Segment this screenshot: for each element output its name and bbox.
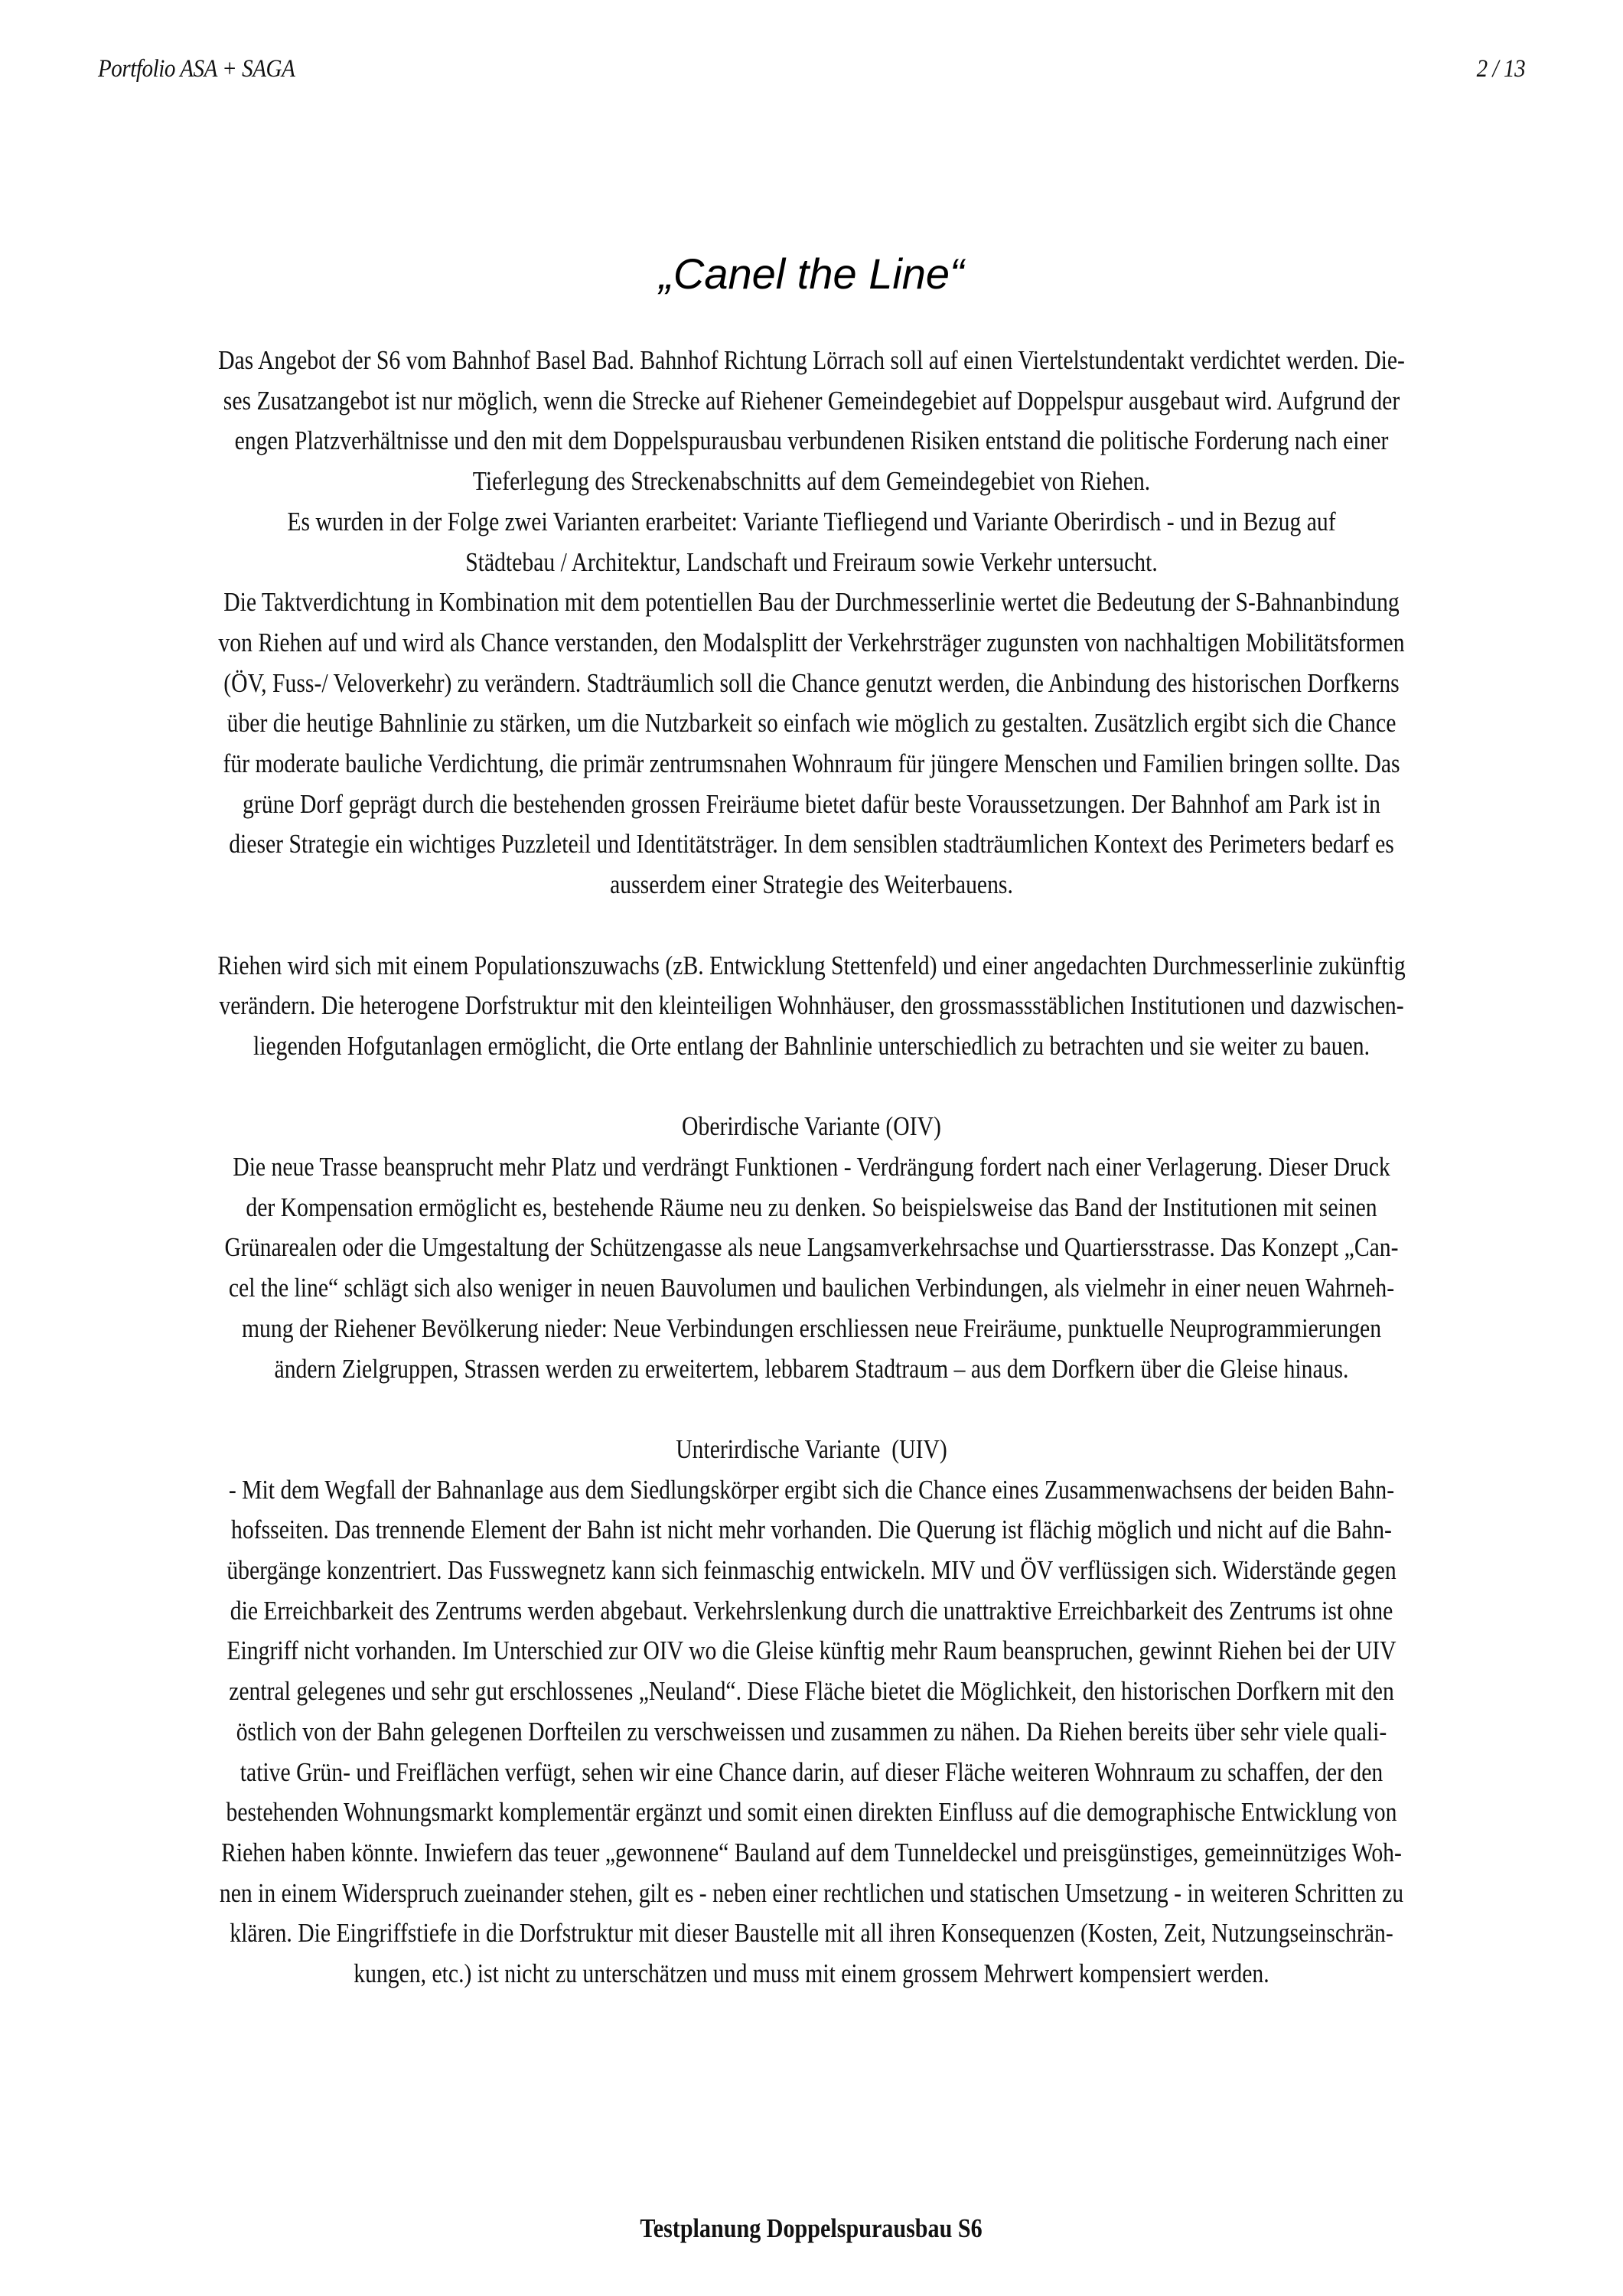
text-line: Städtebau / Architektur, Landschaft und … (179, 543, 1443, 583)
oiv-heading: Oberirdische Variante (OIV) (179, 1107, 1443, 1147)
text-line: von Riehen auf und wird als Chance verst… (179, 623, 1443, 664)
footer-project-title: Testplanung Doppelspurausbau S6 (640, 2213, 983, 2244)
text-line: ausserdem einer Strategie des Weiterbaue… (179, 865, 1443, 905)
text-line: die Erreichbarkeit des Zentrums werden a… (179, 1591, 1443, 1632)
paragraph-gap (77, 1389, 1546, 1430)
text-line: liegenden Hofgutanlagen ermöglicht, die … (179, 1026, 1443, 1067)
text-line: nen in einem Widerspruch zueinander steh… (179, 1874, 1443, 1914)
text-line: Die neue Trasse beansprucht mehr Platz u… (179, 1147, 1443, 1188)
oiv-section: Oberirdische Variante (OIV) Die neue Tra… (77, 1107, 1546, 1389)
uiv-heading: Unterirdische Variante (UIV) (179, 1430, 1443, 1470)
text-line: bestehenden Wohnungsmarkt komplementär e… (179, 1792, 1443, 1833)
text-line: engen Platzverhältnisse und den mit dem … (179, 421, 1443, 461)
text-line: Eingriff nicht vorhanden. Im Unterschied… (179, 1631, 1443, 1671)
intro-section: Das Angebot der S6 vom Bahnhof Basel Bad… (77, 341, 1546, 905)
document-body: Das Angebot der S6 vom Bahnhof Basel Bad… (77, 341, 1546, 1994)
text-line: Das Angebot der S6 vom Bahnhof Basel Bad… (179, 341, 1443, 381)
text-line: Die Taktverdichtung in Kombination mit d… (179, 582, 1443, 623)
page-title: „Canel the Line“ (0, 249, 1623, 298)
page-indicator: 2 / 13 (1476, 55, 1525, 83)
text-line: übergänge konzentriert. Das Fusswegnetz … (179, 1551, 1443, 1591)
text-line: kungen, etc.) ist nicht zu unterschätzen… (179, 1954, 1443, 1994)
text-line: Tieferlegung des Streckenabschnitts auf … (179, 461, 1443, 502)
text-line: verändern. Die heterogene Dorfstruktur m… (179, 986, 1443, 1026)
text-line: für moderate bauliche Verdichtung, die p… (179, 744, 1443, 784)
text-line: grüne Dorf geprägt durch die bestehenden… (179, 784, 1443, 825)
header-portfolio-title: Portfolio ASA + SAGA (98, 55, 295, 83)
text-line: Es wurden in der Folge zwei Varianten er… (179, 502, 1443, 543)
text-line: tative Grün- und Freiflächen verfügt, se… (179, 1753, 1443, 1793)
text-line: ändern Zielgruppen, Strassen werden zu e… (179, 1349, 1443, 1390)
text-line: Grünarealen oder die Umgestaltung der Sc… (179, 1228, 1443, 1268)
page-footer: Testplanung Doppelspurausbau S6 (0, 2213, 1623, 2244)
uiv-section: Unterirdische Variante (UIV) - Mit dem W… (77, 1430, 1546, 1994)
paragraph-gap (77, 1067, 1546, 1107)
text-line: über die heutige Bahnlinie zu stärken, u… (179, 703, 1443, 744)
text-line: Riehen haben könnte. Inwiefern das teuer… (179, 1833, 1443, 1874)
text-line: dieser Strategie ein wichtiges Puzzletei… (179, 824, 1443, 865)
paragraph-gap (77, 905, 1546, 946)
text-line: cel the line“ schlägt sich also weniger … (179, 1268, 1443, 1309)
page-header: Portfolio ASA + SAGA 2 / 13 (98, 55, 1525, 93)
text-line: mung der Riehener Bevölkerung nieder: Ne… (179, 1309, 1443, 1349)
text-line: (ÖV, Fuss-/ Veloverkehr) zu verändern. S… (179, 664, 1443, 704)
population-section: Riehen wird sich mit einem Populationszu… (77, 946, 1546, 1067)
text-line: klären. Die Eingriffstiefe in die Dorfst… (179, 1913, 1443, 1954)
text-line: zentral gelegenes und sehr gut erschloss… (179, 1671, 1443, 1712)
text-line: hofsseiten. Das trennende Element der Ba… (179, 1510, 1443, 1551)
text-line: der Kompensation ermöglicht es, bestehen… (179, 1188, 1443, 1228)
text-line: ses Zusatzangebot ist nur möglich, wenn … (179, 381, 1443, 422)
text-line: Riehen wird sich mit einem Populationszu… (179, 946, 1443, 987)
text-line: - Mit dem Wegfall der Bahnanlage aus dem… (179, 1470, 1443, 1511)
text-line: östlich von der Bahn gelegenen Dorfteile… (179, 1712, 1443, 1753)
